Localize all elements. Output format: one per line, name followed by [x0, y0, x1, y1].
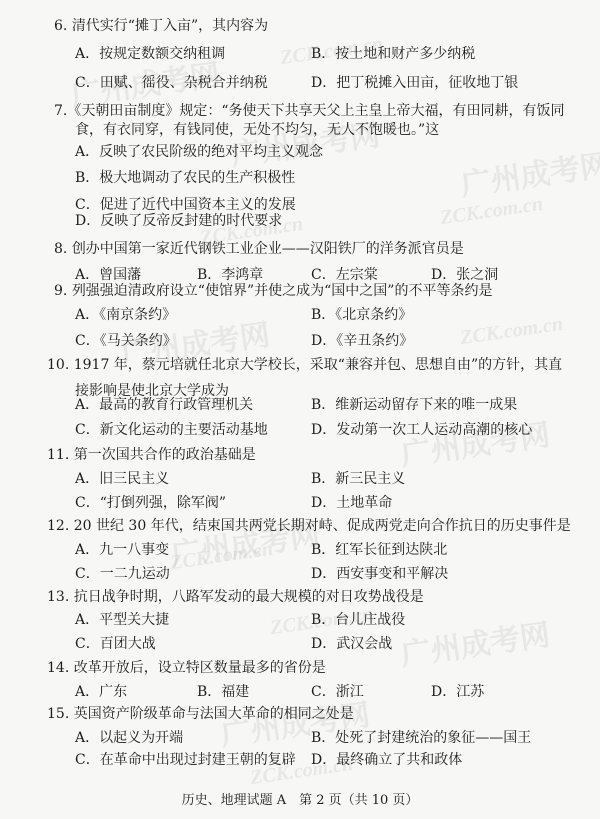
question-10-option-b: B．维新运动留存下来的唯一成果 — [311, 396, 517, 414]
watermark: ZCK.com.cn — [439, 193, 545, 230]
watermark: 广州成考网 — [458, 140, 600, 204]
exam-page: 广州成考网 ZCK.com.cn 广州成考网 广州成考网 ZCK.com.cn … — [0, 0, 600, 819]
question-10-stem: 10. 1917 年，蔡元培就任北京大学校长，采取“兼容并包、思想自由”的方针，… — [47, 356, 562, 374]
question-15-option-a: A．以起义为开端 — [75, 729, 183, 747]
question-13-option-c: C．百团大战 — [75, 635, 156, 653]
question-13-stem: 13. 抗日战争时期，八路军发动的最大规模的对日攻势战役是 — [47, 588, 424, 606]
question-10-option-c: C．新文化运动的主要活动基地 — [75, 421, 268, 439]
question-14-option-a: A．广东 — [75, 683, 127, 701]
question-7-stem-cont: 食，有衣同穿，有钱同使，无处不均匀，无人不饱暖也。”这 — [75, 121, 439, 139]
question-12-option-d: D．西安事变和平解决 — [311, 565, 448, 583]
watermark: 广州成考网 — [398, 410, 553, 474]
question-13-option-a: A．平型关大捷 — [75, 611, 169, 629]
question-12-option-c: C．一二九运动 — [75, 565, 170, 583]
question-12-stem: 12. 20 世纪 30 年代，结束国共两党长期对峙、促成两党走向合作抗日的历史… — [47, 517, 571, 535]
question-13-option-d: D．武汉会战 — [311, 635, 392, 653]
question-6-option-d: D．把丁税摊入田亩，征收地丁银 — [311, 74, 518, 92]
question-9-option-a: A．《南京条约》 — [75, 306, 176, 324]
question-11-option-c: C．“打倒列强，除军阀” — [75, 494, 226, 512]
question-11-stem: 11. 第一次国共合作的政治基础是 — [47, 446, 256, 464]
question-7-option-d: D．反映了反帝反封建的时代要求 — [75, 212, 282, 230]
question-8-stem: 8. 创办中国第一家近代钢铁工业企业——汉阳铁厂的洋务派官员是 — [54, 240, 464, 258]
question-14-stem: 14. 改革开放后，设立特区数量最多的省份是 — [47, 659, 326, 677]
question-11-option-b: B．新三民主义 — [311, 470, 405, 488]
question-6-option-c: C．田赋、徭役、杂税合并纳税 — [75, 74, 268, 92]
question-10-option-a: A．最高的教育行政管理机关 — [75, 396, 253, 414]
question-12-option-a: A．九一八事变 — [75, 541, 169, 559]
question-11-option-a: A．旧三民主义 — [75, 470, 169, 488]
watermark: 广州成考网 — [398, 610, 553, 674]
question-12-option-b: B．红军长征到达陕北 — [311, 541, 447, 559]
question-9-stem: 9. 列强强迫清政府设立“使馆界”并使之成为“国中之国”的不平等条约是 — [54, 282, 492, 300]
question-7-option-a: A．反映了农民阶级的绝对平均主义观念 — [75, 143, 323, 161]
question-6-stem: 6. 清代实行“摊丁入亩”，其内容为 — [54, 17, 268, 35]
question-10-option-d: D．发动第一次工人运动高潮的核心 — [311, 421, 532, 439]
question-15-option-b: B．处死了封建统治的象征——国王 — [311, 729, 531, 747]
question-13-option-b: B．台儿庄战役 — [311, 611, 405, 629]
question-11-option-d: D．土地革命 — [311, 494, 392, 512]
watermark: ZCK.com.cn — [459, 313, 565, 350]
question-6-option-a: A．按规定数额交纳租调 — [75, 45, 225, 63]
question-9-option-d: D．《辛丑条约》 — [311, 332, 413, 350]
watermark: ZCK.com.cn — [169, 538, 275, 575]
question-14-option-c: C．浙江 — [311, 683, 364, 701]
question-7-option-b: B．极大地调动了农民的生产积极性 — [75, 169, 295, 187]
question-9-option-b: B．《北京条约》 — [311, 306, 412, 324]
question-14-option-b: B．福建 — [197, 683, 249, 701]
question-15-stem: 15. 英国资产阶级革命与法国大革命的相同之处是 — [47, 705, 354, 723]
page-footer: 历史、地理试题 A 第 2 页（共 10 页） — [0, 789, 600, 808]
question-7-stem: 7.《天朝田亩制度》规定：“务使天下共享天父上主皇上帝大福，有田同耕，有饭同 — [54, 102, 565, 120]
question-6-option-b: B．按土地和财产多少纳税 — [311, 45, 475, 63]
question-9-option-c: C．《马关条约》 — [75, 332, 177, 350]
question-15-option-d: D．最终确立了共和政体 — [311, 751, 462, 769]
question-15-option-c: C．在革命中出现过封建王朝的复辟 — [75, 751, 296, 769]
question-14-option-d: D．江苏 — [431, 683, 484, 701]
